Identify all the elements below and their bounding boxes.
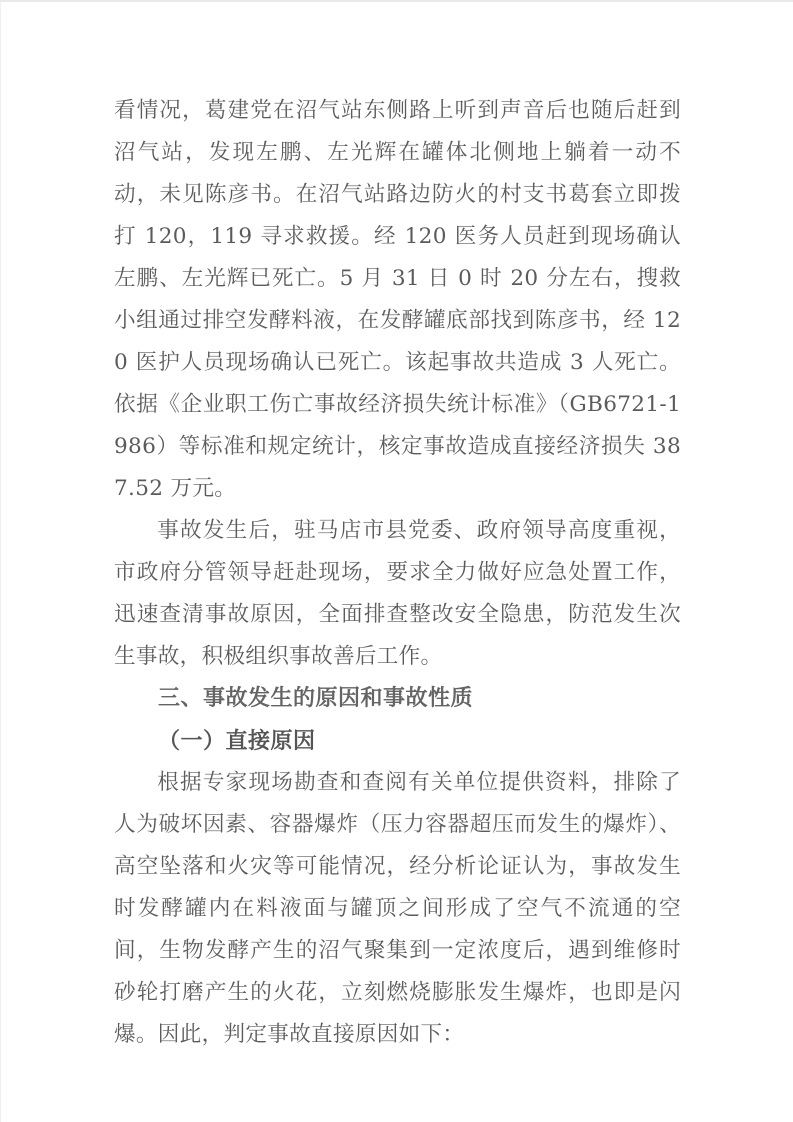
document-page: 看情况，葛建党在沼气站东侧路上听到声音后也随后赶到沼气站，发现左鹏、左光辉在罐体… [0,0,793,1122]
paragraph-rescue-continuation: 看情况，葛建党在沼气站东侧路上听到声音后也随后赶到沼气站，发现左鹏、左光辉在罐体… [114,90,681,510]
document-text-block: 看情况，葛建党在沼气站东侧路上听到声音后也随后赶到沼气站，发现左鹏、左光辉在罐体… [114,90,681,1056]
subsection-heading-direct-cause: （一）直接原因 [114,720,681,762]
paragraph-government-response: 事故发生后，驻马店市县党委、政府领导高度重视，市政府分管领导赶赴现场，要求全力做… [114,510,681,678]
paragraph-direct-cause-analysis: 根据专家现场勘查和查阅有关单位提供资料，排除了人为破坏因素、容器爆炸（压力容器超… [114,762,681,1056]
section-heading-cause-and-nature: 三、事故发生的原因和事故性质 [114,678,681,720]
